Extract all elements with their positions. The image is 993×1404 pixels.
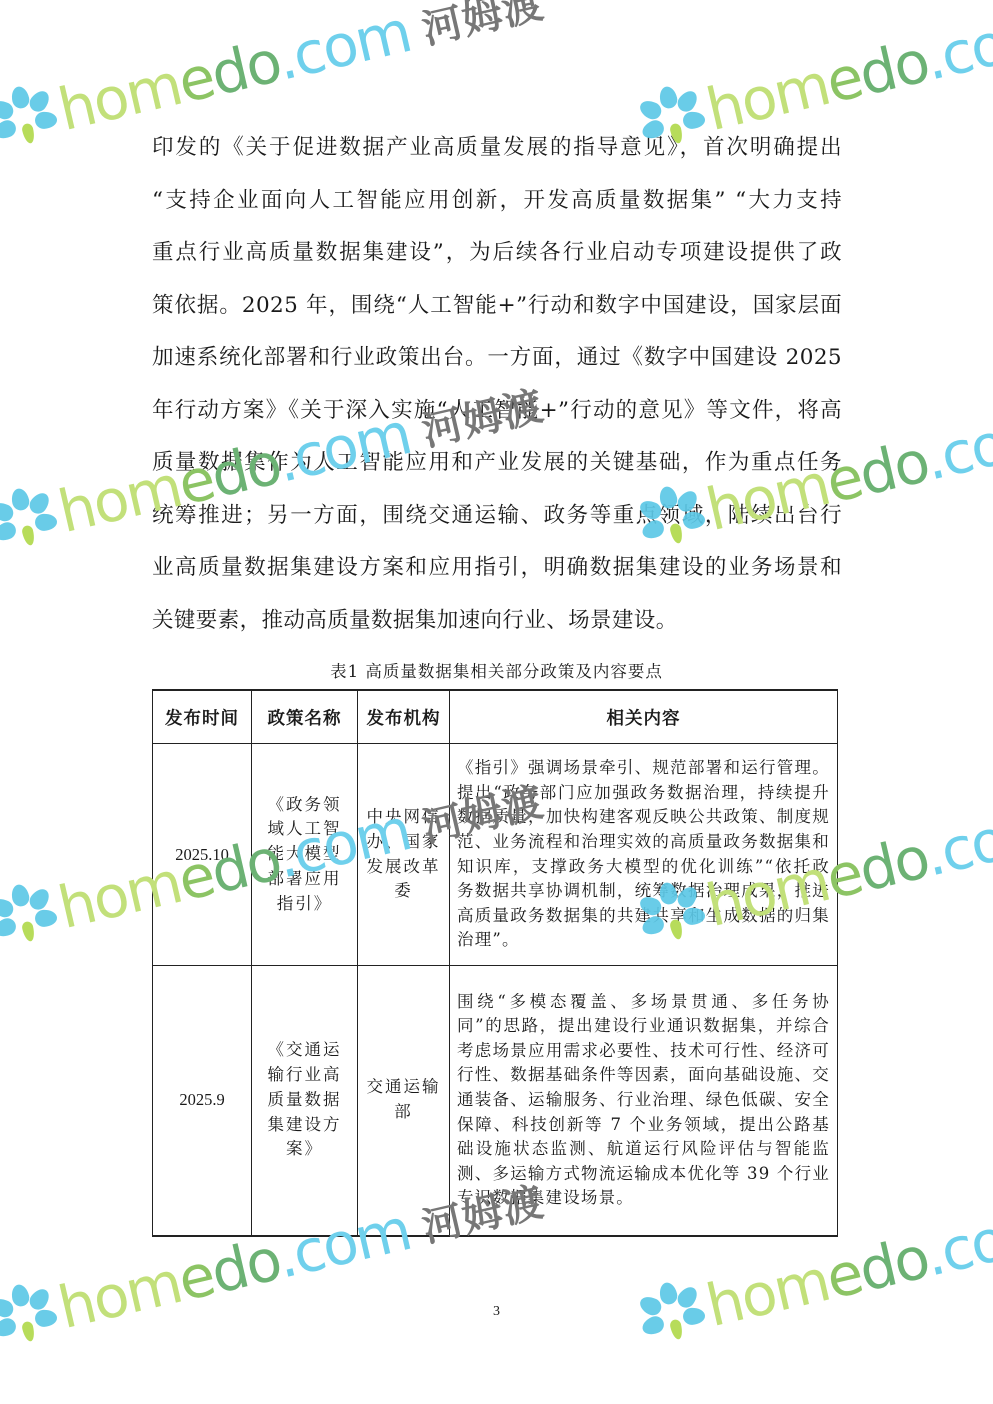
paragraph-line: 关键要素，推动高质量数据集加速向行业、场景建设。 <box>152 601 842 654</box>
flower-logo-icon <box>0 878 62 952</box>
body-paragraph: 印发的《关于促进数据产业高质量发展的指导意见》，首次明确提出 “支持企业面向人工… <box>152 128 842 653</box>
page-number: 3 <box>0 1304 993 1320</box>
paragraph-line: 加速系统化部署和行业政策出台。一方面，通过《数字中国建设 2025 <box>152 338 842 391</box>
header-date: 发布时间 <box>153 690 252 744</box>
table-header-row: 发布时间 政策名称 发布机构 相关内容 <box>153 690 838 744</box>
cell-content: 《指引》强调场景牵引、规范部署和运行管理。提出“政务部门应加强政务数据治理，持续… <box>450 744 838 966</box>
paragraph-line: 重点行业高质量数据集建设”，为后续各行业启动专项建设提供了政 <box>152 233 842 286</box>
cell-date: 2025.9 <box>153 966 252 1236</box>
cell-policy: 《交通运输行业高质量数据集建设方案》 <box>252 966 358 1236</box>
table-caption: 表1 高质量数据集相关部分政策及内容要点 <box>0 660 993 684</box>
table-row: 2025.9 《交通运输行业高质量数据集建设方案》 交通运输部 围绕“多模态覆盖… <box>153 966 838 1236</box>
header-org: 发布机构 <box>358 690 450 744</box>
header-policy: 政策名称 <box>252 690 358 744</box>
paragraph-line: 印发的《关于促进数据产业高质量发展的指导意见》，首次明确提出 <box>152 128 842 181</box>
cell-org: 中央网信办、国家发展改革委 <box>358 744 450 966</box>
header-content: 相关内容 <box>450 690 838 744</box>
paragraph-line: 策依据。2025 年，围绕“人工智能+”行动和数字中国建设，国家层面 <box>152 286 842 339</box>
policy-table: 发布时间 政策名称 发布机构 相关内容 2025.10 《政务领域人工智能大模型… <box>152 689 838 1237</box>
paragraph-line: 年行动方案》《关于深入实施“人工智能+”行动的意见》等文件，将高 <box>152 391 842 444</box>
cell-org: 交通运输部 <box>358 966 450 1236</box>
paragraph-line: 业高质量数据集建设方案和应用指引，明确数据集建设的业务场景和 <box>152 548 842 601</box>
cell-date: 2025.10 <box>153 744 252 966</box>
paragraph-line: 质量数据集作为人工智能应用和产业发展的关键基础，作为重点任务 <box>152 443 842 496</box>
paragraph-line: 统筹推进；另一方面，围绕交通运输、政务等重点领域，陆续出台行 <box>152 496 842 549</box>
table-row: 2025.10 《政务领域人工智能大模型部署应用指引》 中央网信办、国家发展改革… <box>153 744 838 966</box>
flower-logo-icon <box>0 80 62 154</box>
paragraph-line: “支持企业面向人工智能应用创新，开发高质量数据集” “大力支持 <box>152 181 842 234</box>
cell-content: 围绕“多模态覆盖、多场景贯通、多任务协同”的思路，提出建设行业通识数据集，并综合… <box>450 966 838 1236</box>
document-page: 印发的《关于促进数据产业高质量发展的指导意见》，首次明确提出 “支持企业面向人工… <box>0 0 993 1404</box>
flower-logo-icon <box>0 482 62 556</box>
cell-policy: 《政务领域人工智能大模型部署应用指引》 <box>252 744 358 966</box>
